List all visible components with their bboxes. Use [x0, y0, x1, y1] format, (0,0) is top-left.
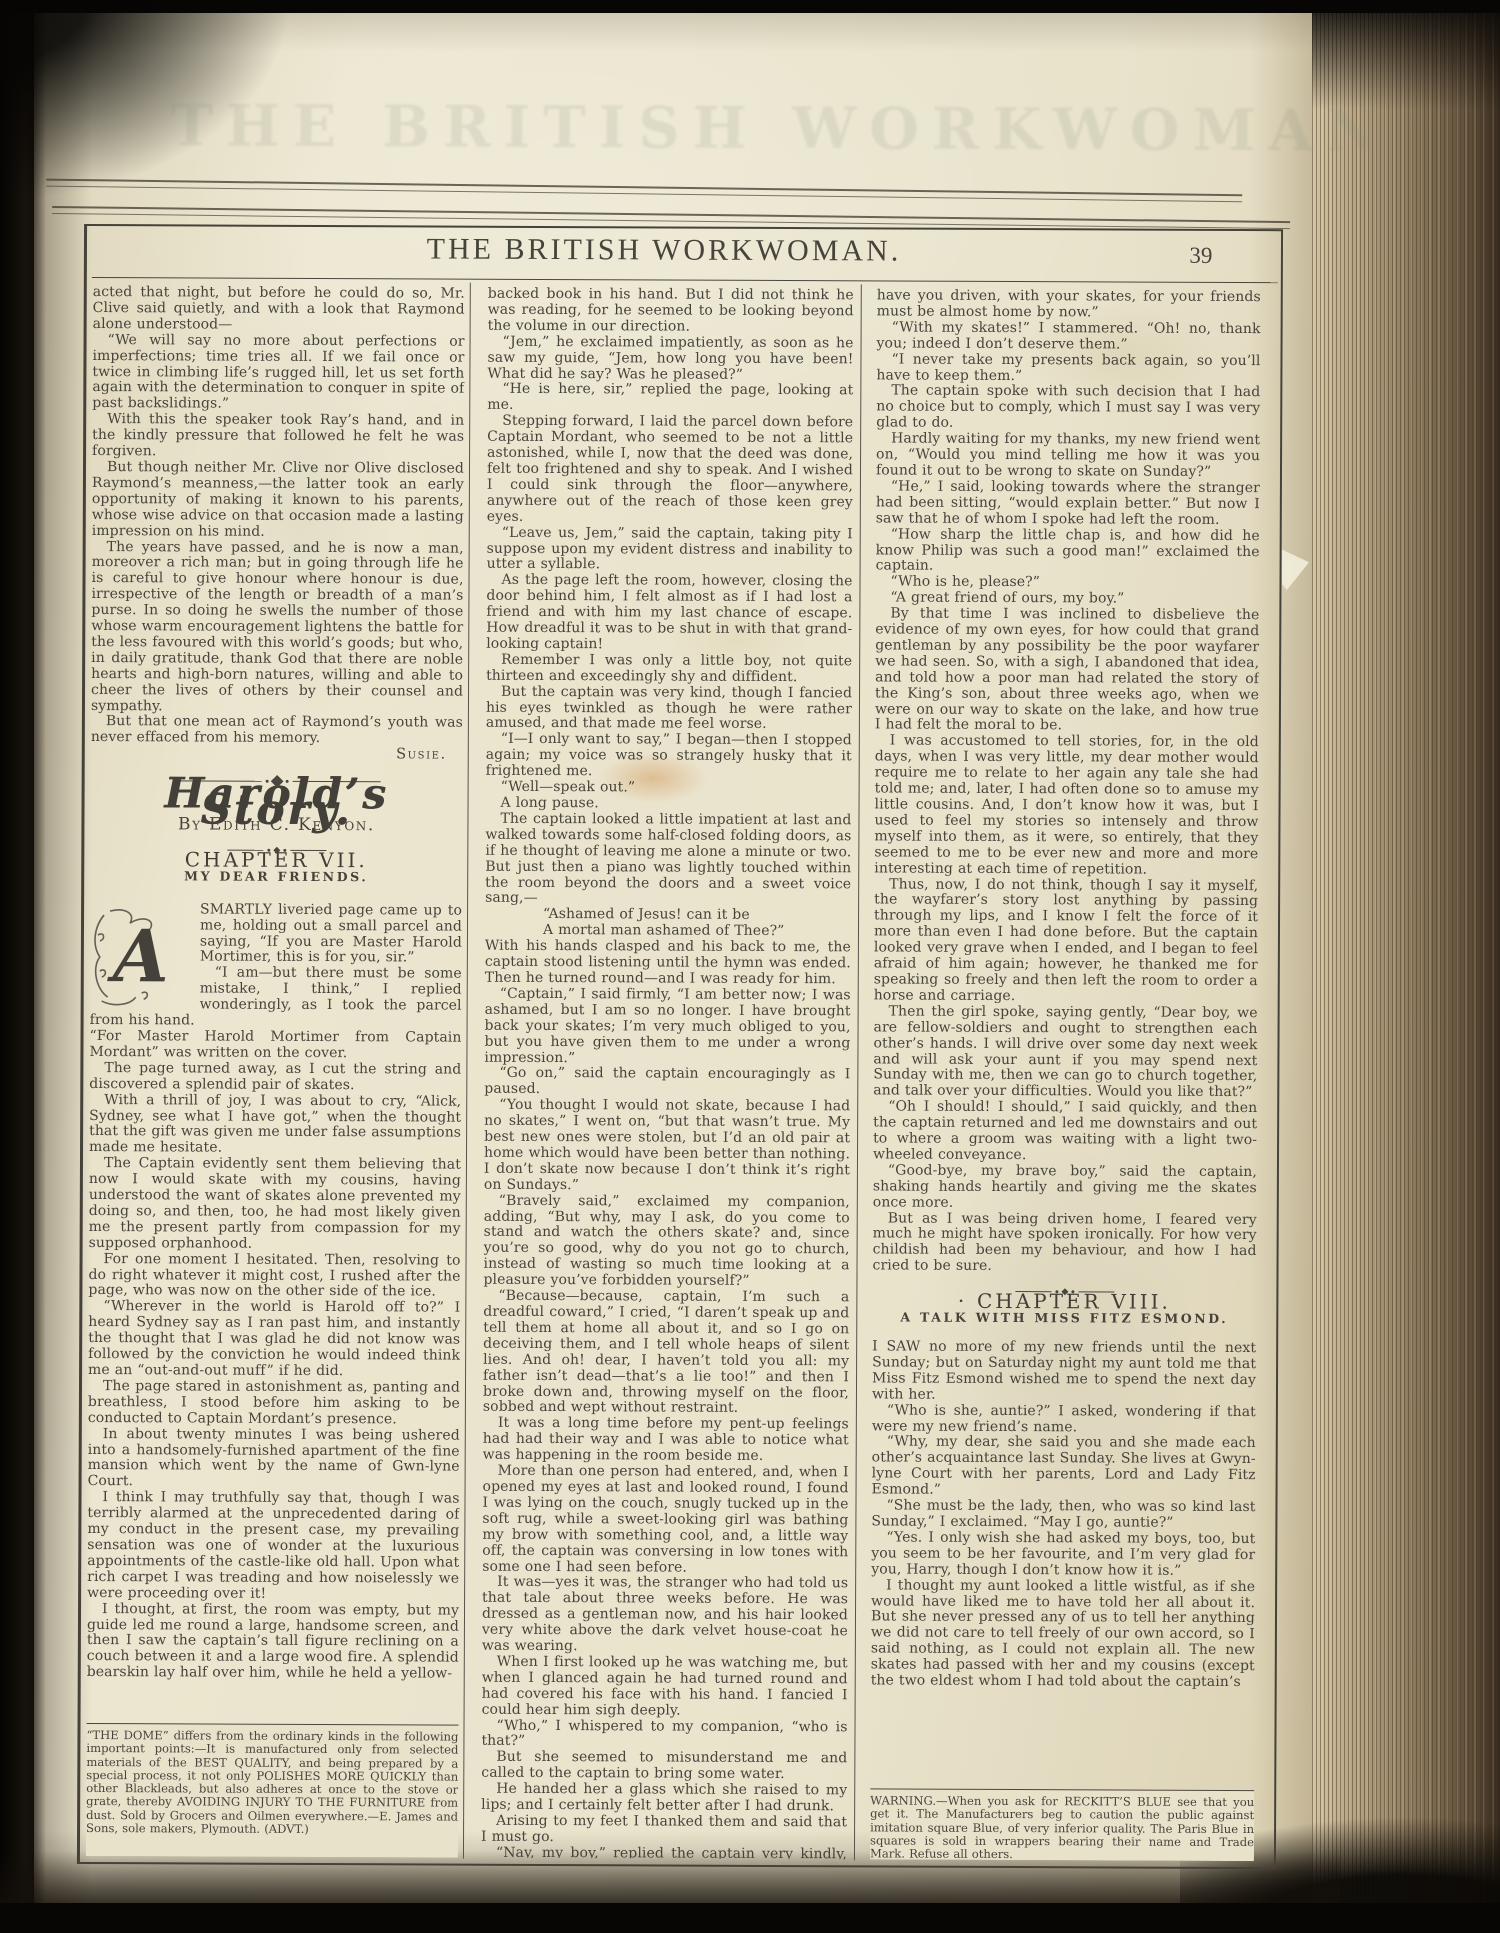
advert-footnote: “THE DOME” differs from the ordinary kin… [86, 1723, 459, 1858]
warning-footnote: WARNING.—When you ask for RECKITT’S BLUE… [870, 1788, 1254, 1861]
paragraph: “We will say no more about perfections o… [92, 333, 464, 414]
column-3-text-continued: I SAW no more of my new friends until th… [871, 1339, 1257, 1691]
paragraph: “Good-bye, my brave boy,” said the capta… [873, 1163, 1257, 1212]
chapter-subtitle: MY DEAR FRIENDS. [90, 868, 462, 886]
paragraph: backed book in his hand. But I did not t… [488, 287, 854, 336]
paragraph: For one moment I hesitated. Then, resolv… [88, 1252, 460, 1301]
paragraph: I thought my aunt looked a little wistfu… [871, 1578, 1255, 1691]
paragraph: The page stared in astonishment as, pant… [88, 1379, 460, 1428]
paragraph: As the page left the room, however, clos… [486, 573, 852, 654]
paragraph: But that one mean act of Raymond’s youth… [91, 714, 463, 747]
scanned-book-page: THE BRITISH WORKWOMAN THE BRITISH WORKWO… [0, 0, 1500, 1933]
paragraph: It was—yes it was, the stranger who had … [482, 1575, 848, 1656]
paragraph: “Yes. I only wish she had asked my boys,… [871, 1530, 1255, 1579]
paragraph: The captain spoke with such decision tha… [876, 384, 1260, 433]
chapter-heading: CHAPTER VII. [90, 852, 462, 870]
paragraph: In about twenty minutes I was being ushe… [88, 1427, 460, 1492]
paragraph: “Who,” I whispered to my companion, “who… [481, 1718, 847, 1751]
paragraph: I was accustomed to tell stories, for, i… [874, 734, 1259, 879]
paragraph: But as I was being driven home, I feared… [872, 1211, 1256, 1276]
paragraph: I thought, at first, the room was empty,… [87, 1602, 459, 1683]
chapter-heading: · CHAPTER VIII. [872, 1294, 1256, 1312]
paragraph: “I never take my presents back again, so… [876, 352, 1260, 385]
paragraph: “How sharp the little chap is, and how d… [876, 527, 1260, 576]
paragraph: The captain looked a little impatient at… [485, 812, 851, 909]
paragraph: “Bravely said,” exclaimed my companion, … [483, 1193, 849, 1290]
paragraph: “Nay, my boy,” replied the captain very … [481, 1846, 847, 1860]
paragraph: But though neither Mr. Clive nor Olive d… [92, 460, 464, 541]
paragraph: He handed her a glass which she raised t… [481, 1782, 847, 1815]
paragraph: “She must be the lady, then, who was so … [871, 1498, 1255, 1531]
paragraph: “He,” I said, looking towards where the … [876, 479, 1260, 528]
paragraph: I SAW no more of my new friends until th… [872, 1339, 1256, 1404]
masthead-title: THE BRITISH WORKWOMAN. [84, 231, 1244, 270]
paragraph: But she seemed to misunderstand me and c… [481, 1750, 847, 1783]
show-through-masthead: THE BRITISH WORKWOMAN [170, 92, 1270, 164]
column-2: backed book in his hand. But I did not t… [481, 287, 854, 1860]
paragraph: “You thought I would not skate, because … [484, 1098, 850, 1195]
paragraph: “Why, my dear, she said you and she made… [872, 1435, 1256, 1500]
paragraph: “Who is she, auntie?” I asked, wondering… [872, 1403, 1256, 1436]
paragraph: Thus, now, I do not think, though I say … [874, 877, 1259, 1006]
column-1-story-end: acted that night, but before he could do… [91, 285, 465, 764]
story-byline: By Edith C. Kenyon. [90, 817, 462, 835]
paragraph: When I first looked up he was watching m… [482, 1655, 848, 1720]
paragraph: With a thrill of joy, I was about to cry… [89, 1093, 461, 1158]
paragraph: Arising to my feet I thanked them and sa… [481, 1814, 847, 1847]
paragraph: With this the speaker took Ray’s hand, a… [92, 412, 464, 461]
chapter-subtitle: A TALK WITH MISS FITZ ESMOND. [872, 1310, 1256, 1328]
paragraph: The years have passed, and he is now a m… [91, 540, 464, 717]
paragraph: Hardly waiting for my thanks, my new fri… [876, 432, 1260, 481]
paragraph: “Go on,” said the captain encouragingly … [484, 1066, 850, 1099]
dropcap-letter: A [107, 913, 169, 998]
author-signature: Susie. [91, 746, 463, 764]
paragraph: “Wherever in the world is Harold off to?… [88, 1299, 460, 1380]
paragraph: have you driven, with your skates, for y… [877, 288, 1261, 321]
column-1-text: “I am—but there must be some mistake, I … [87, 965, 462, 1682]
column-3: have you driven, with your skates, for y… [870, 288, 1261, 1861]
page-number: 39 [1146, 243, 1256, 269]
paragraph: acted that night, but before he could do… [93, 285, 465, 334]
paragraph: I think I may truthfully say that, thoug… [87, 1490, 459, 1603]
paragraph: “With my skates!” I stammered. “Oh! no, … [877, 320, 1261, 353]
column-3-text: have you driven, with your skates, for y… [872, 288, 1260, 1276]
paragraph: Remember I was only a little boy, not qu… [486, 653, 852, 686]
paragraph: “Captain,” I said firmly, “I am better n… [484, 987, 850, 1068]
hymn-verse: “Ashamed of Jesus! can it be A mortal ma… [485, 907, 851, 940]
story-title: Harold’s Story. [90, 785, 462, 818]
paragraph: “I—I only want to say,” I began—then I s… [486, 732, 852, 781]
printed-page: THE BRITISH WORKWOMAN THE BRITISH WORKWO… [0, 0, 1500, 1933]
paragraph: The page turned away, as I cut the strin… [89, 1061, 461, 1094]
paragraph: By that time I was inclined to disbeliev… [875, 607, 1260, 736]
paragraph: “He is here, sir,” replied the page, loo… [487, 382, 853, 415]
paragraph: “Because—because, captain, I’m such a dr… [483, 1289, 850, 1418]
paragraph: More than one person had entered, and, w… [482, 1464, 848, 1577]
ornate-dropcap-initial: A [90, 905, 192, 1009]
paragraph: But the captain was very kind, though I … [486, 684, 852, 733]
paragraph: The Captain evidently sent them believin… [89, 1156, 461, 1253]
paragraph: Stepping forward, I laid the parcel down… [487, 414, 853, 527]
paragraph: “Leave us, Jem,” said the captain, takin… [487, 525, 853, 574]
paragraph: Then the girl spoke, saying gently, “Dea… [873, 1004, 1257, 1101]
paragraph: “Jem,” he exclaimed impatiently, as soon… [487, 334, 853, 383]
paragraph: It was a long time before my pent-up fee… [483, 1416, 849, 1465]
paragraph: With his hands clasped and his back to m… [485, 939, 851, 988]
paragraph: “For Master Harold Mortimer from Captain… [89, 1029, 461, 1062]
top-double-rule [46, 179, 1242, 203]
column-1: acted that night, but before he could do… [86, 285, 465, 1858]
opening-paragraph: A SMARTLY liveried page came up to me, h… [90, 902, 462, 967]
paragraph: “Oh I should! I should,” I said quickly,… [873, 1100, 1257, 1165]
column-2-text: backed book in his hand. But I did not t… [481, 287, 854, 1860]
